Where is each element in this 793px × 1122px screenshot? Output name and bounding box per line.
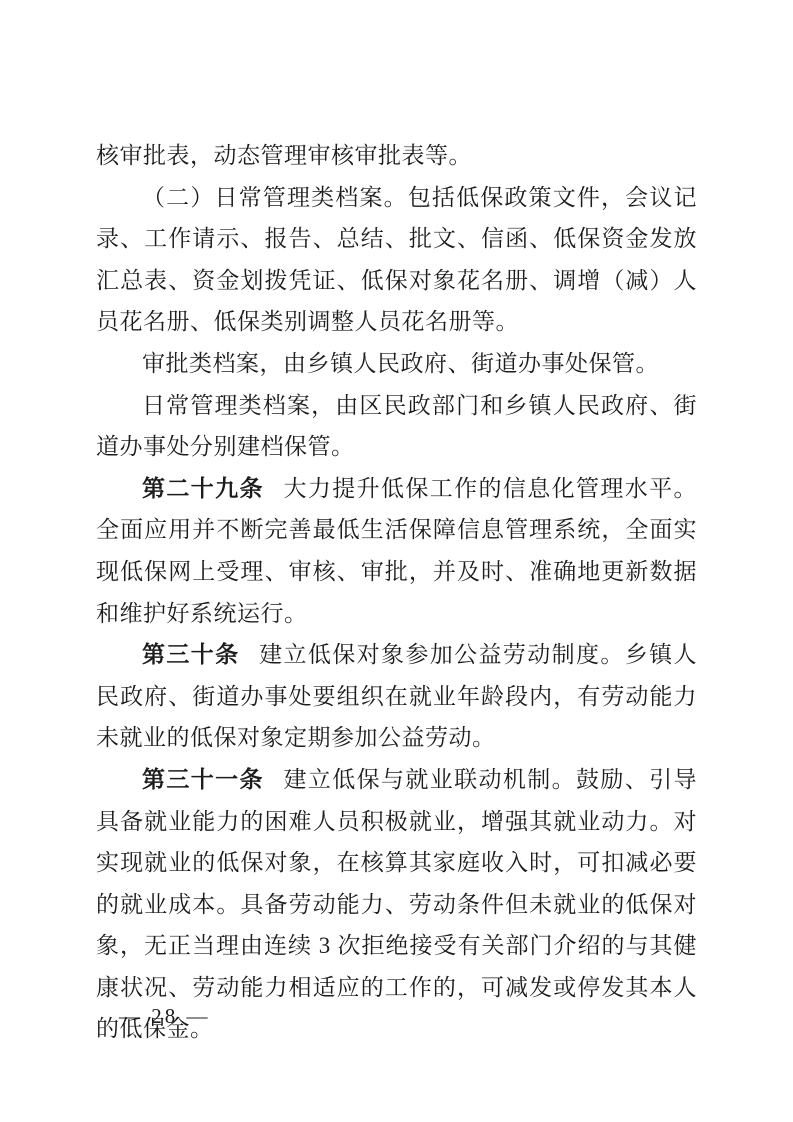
article-heading: 第二十九条 [142, 476, 264, 501]
paragraph: （二）日常管理类档案。包括低保政策文件，会议记录、工作请示、报告、总结、批文、信… [96, 177, 697, 343]
paragraph-text: 审批类档案，由乡镇人民政府、街道办事处保管。 [142, 351, 659, 376]
document-page: 核审批表，动态管理审核审批表等。 （二）日常管理类档案。包括低保政策文件，会议记… [0, 0, 793, 1122]
paragraph-text: 日常管理类档案，由区民政部门和乡镇人民政府、街道办事处分别建档保管。 [96, 393, 697, 460]
paragraph: 核审批表，动态管理审核审批表等。 [96, 135, 697, 177]
paragraph: 第三十条建立低保对象参加公益劳动制度。乡镇人民政府、街道办事处要组织在就业年龄段… [96, 634, 697, 759]
paragraph: 日常管理类档案，由区民政部门和乡镇人民政府、街道办事处分别建档保管。 [96, 385, 697, 468]
paragraph-text: 建立低保与就业联动机制。鼓励、引导具备就业能力的困难人员积极就业，增强其就业动力… [96, 767, 697, 1042]
paragraph: 第二十九条大力提升低保工作的信息化管理水平。全面应用并不断完善最低生活保障信息管… [96, 468, 697, 634]
article-heading: 第三十条 [142, 642, 240, 667]
paragraph: 审批类档案，由乡镇人民政府、街道办事处保管。 [96, 343, 697, 385]
page-number: — 28 — [119, 1002, 211, 1030]
paragraph-text: 核审批表，动态管理审核审批表等。 [96, 143, 472, 168]
document-body: 核审批表，动态管理审核审批表等。 （二）日常管理类档案。包括低保政策文件，会议记… [96, 135, 697, 1050]
article-heading: 第三十一条 [142, 767, 264, 792]
paragraph-text: （二）日常管理类档案。包括低保政策文件，会议记录、工作请示、报告、总结、批文、信… [96, 185, 697, 335]
